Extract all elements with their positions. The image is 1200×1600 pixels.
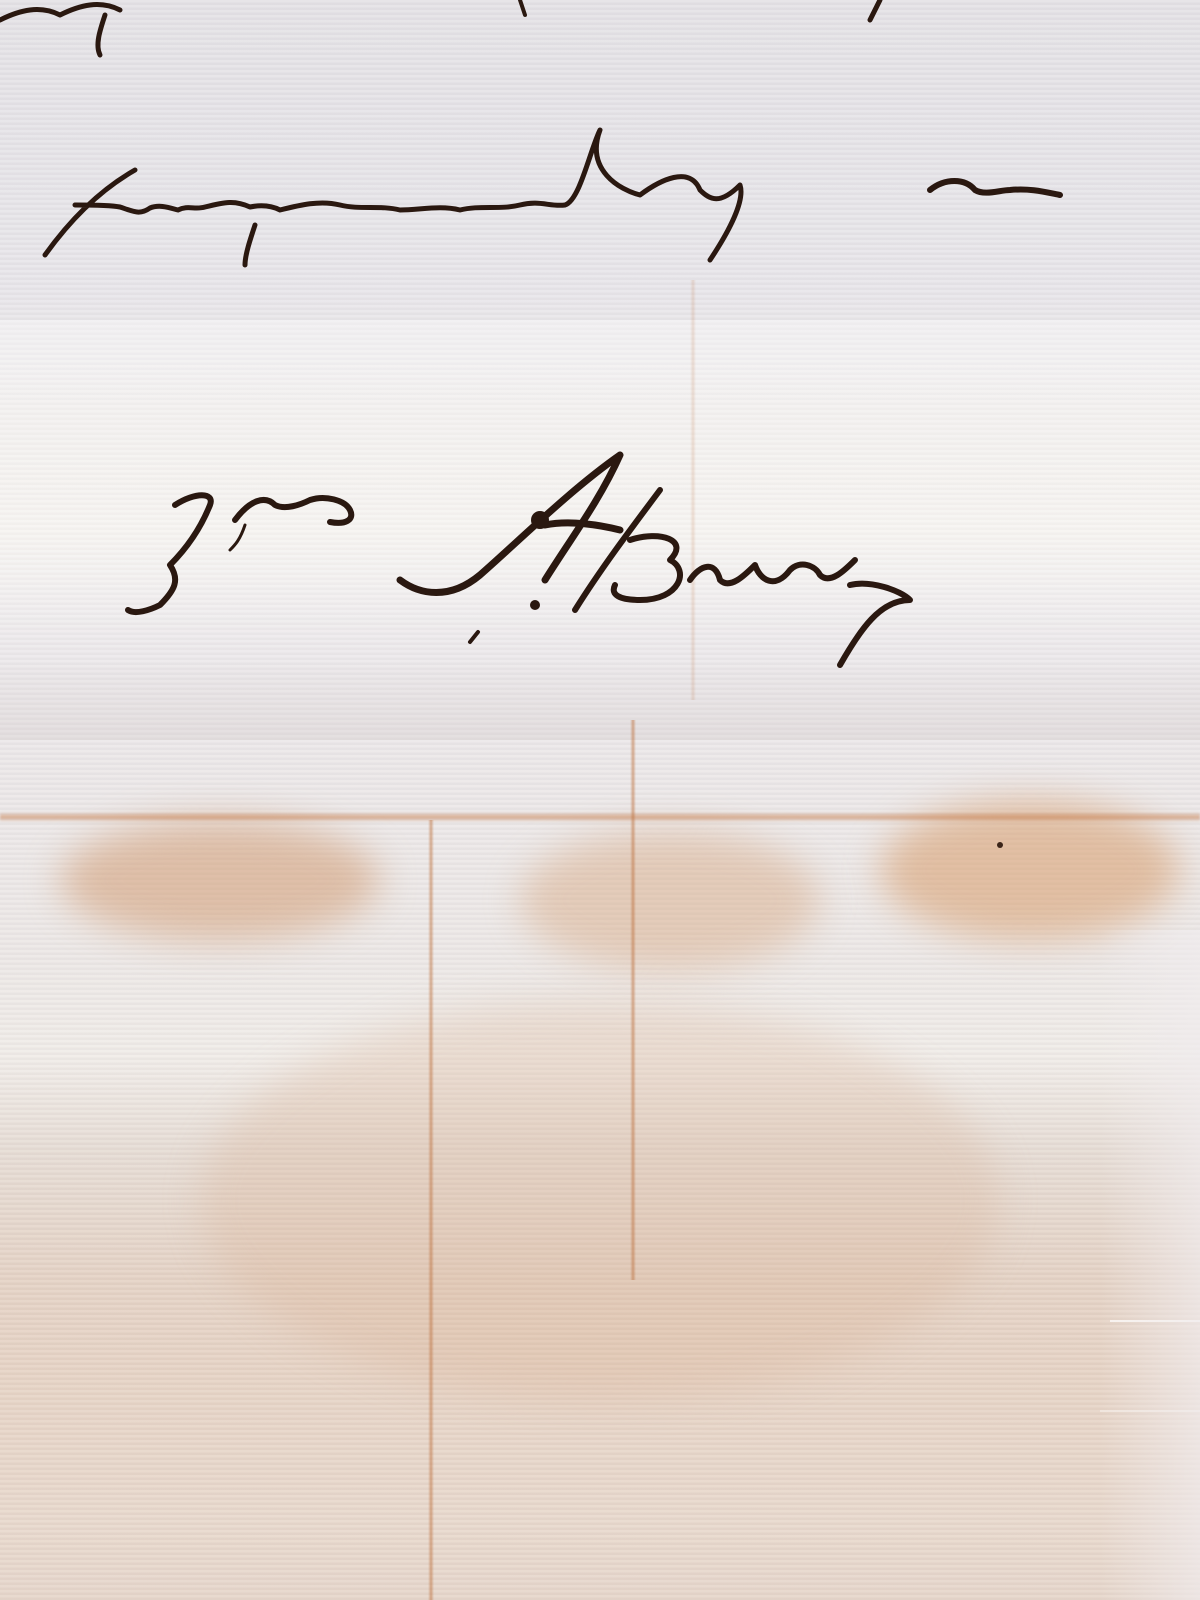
word-on	[930, 181, 1060, 195]
signature-a	[400, 455, 620, 593]
document-photo: …g… frequently on Yrs A. Burr	[0, 0, 1200, 1600]
word-frequently	[45, 130, 741, 260]
signature-urr	[690, 560, 910, 665]
handwriting-ink	[0, 0, 1200, 1600]
word-yrs	[128, 495, 211, 612]
